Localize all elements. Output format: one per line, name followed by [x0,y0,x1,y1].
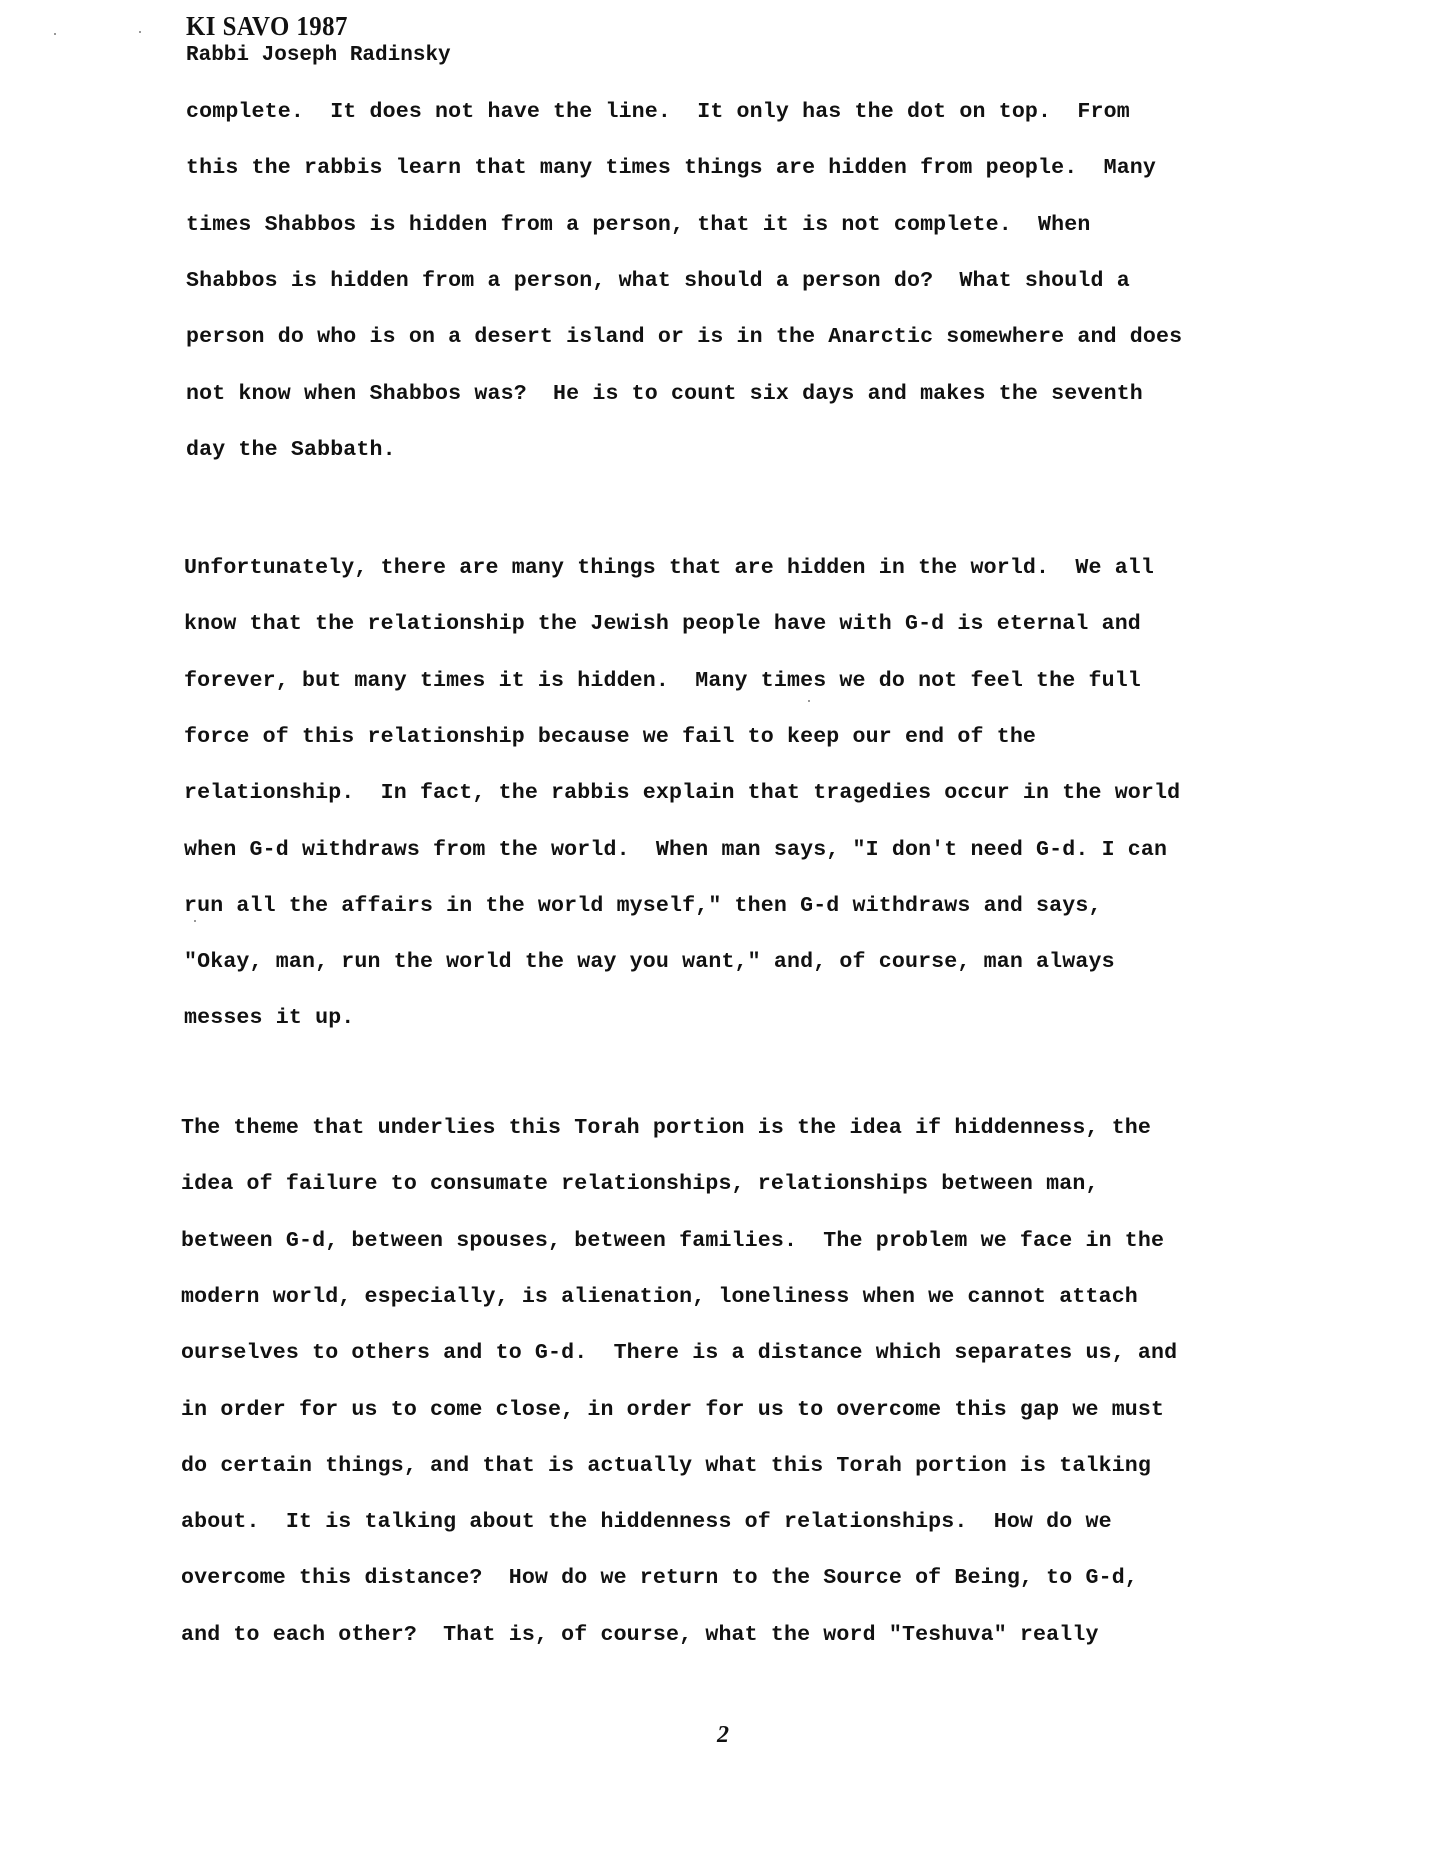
text-line: Shabbos is hidden from a person, what sh… [186,267,1130,295]
text-line: Unfortunately, there are many things tha… [184,554,1154,582]
text-line: "Okay, man, run the world the way you wa… [184,948,1115,976]
text-line: know that the relationship the Jewish pe… [184,610,1141,638]
text-line: in order for us to come close, in order … [181,1396,1164,1424]
scan-speck [194,920,196,922]
text-line: do certain things, and that is actually … [181,1452,1151,1480]
text-line: force of this relationship because we fa… [184,723,1036,751]
page-number: 2 [0,1720,1430,1750]
text-line: about. It is talking about the hiddennes… [181,1508,1112,1536]
text-line: times Shabbos is hidden from a person, t… [186,211,1090,239]
text-line: The theme that underlies this Torah port… [181,1114,1151,1142]
scan-speck [54,33,56,35]
text-line: not know when Shabbos was? He is to coun… [186,380,1143,408]
text-line: ourselves to others and to G-d. There is… [181,1339,1177,1367]
text-line: when G-d withdraws from the world. When … [184,836,1167,864]
text-line: complete. It does not have the line. It … [186,98,1130,126]
text-line: and to each other? That is, of course, w… [181,1621,1099,1649]
document-header: KI SAVO 1987 Rabbi Joseph Radinsky [186,10,451,70]
document-title: KI SAVO 1987 [186,10,429,42]
text-line: overcome this distance? How do we return… [181,1564,1138,1592]
text-line: between G-d, between spouses, between fa… [181,1227,1164,1255]
text-line: this the rabbis learn that many times th… [186,154,1156,182]
document-author: Rabbi Joseph Radinsky [186,42,451,70]
text-line: day the Sabbath. [186,436,396,464]
text-line: forever, but many times it is hidden. Ma… [184,667,1141,695]
scan-speck [139,31,141,33]
text-line: idea of failure to consumate relationshi… [181,1170,1099,1198]
scan-speck [808,700,810,702]
text-line: relationship. In fact, the rabbis explai… [184,779,1180,807]
text-line: messes it up. [184,1004,354,1032]
document-page: KI SAVO 1987 Rabbi Joseph Radinsky compl… [0,0,1430,1851]
text-line: person do who is on a desert island or i… [186,323,1182,351]
text-line: run all the affairs in the world myself,… [184,892,1102,920]
text-line: modern world, especially, is alienation,… [181,1283,1138,1311]
